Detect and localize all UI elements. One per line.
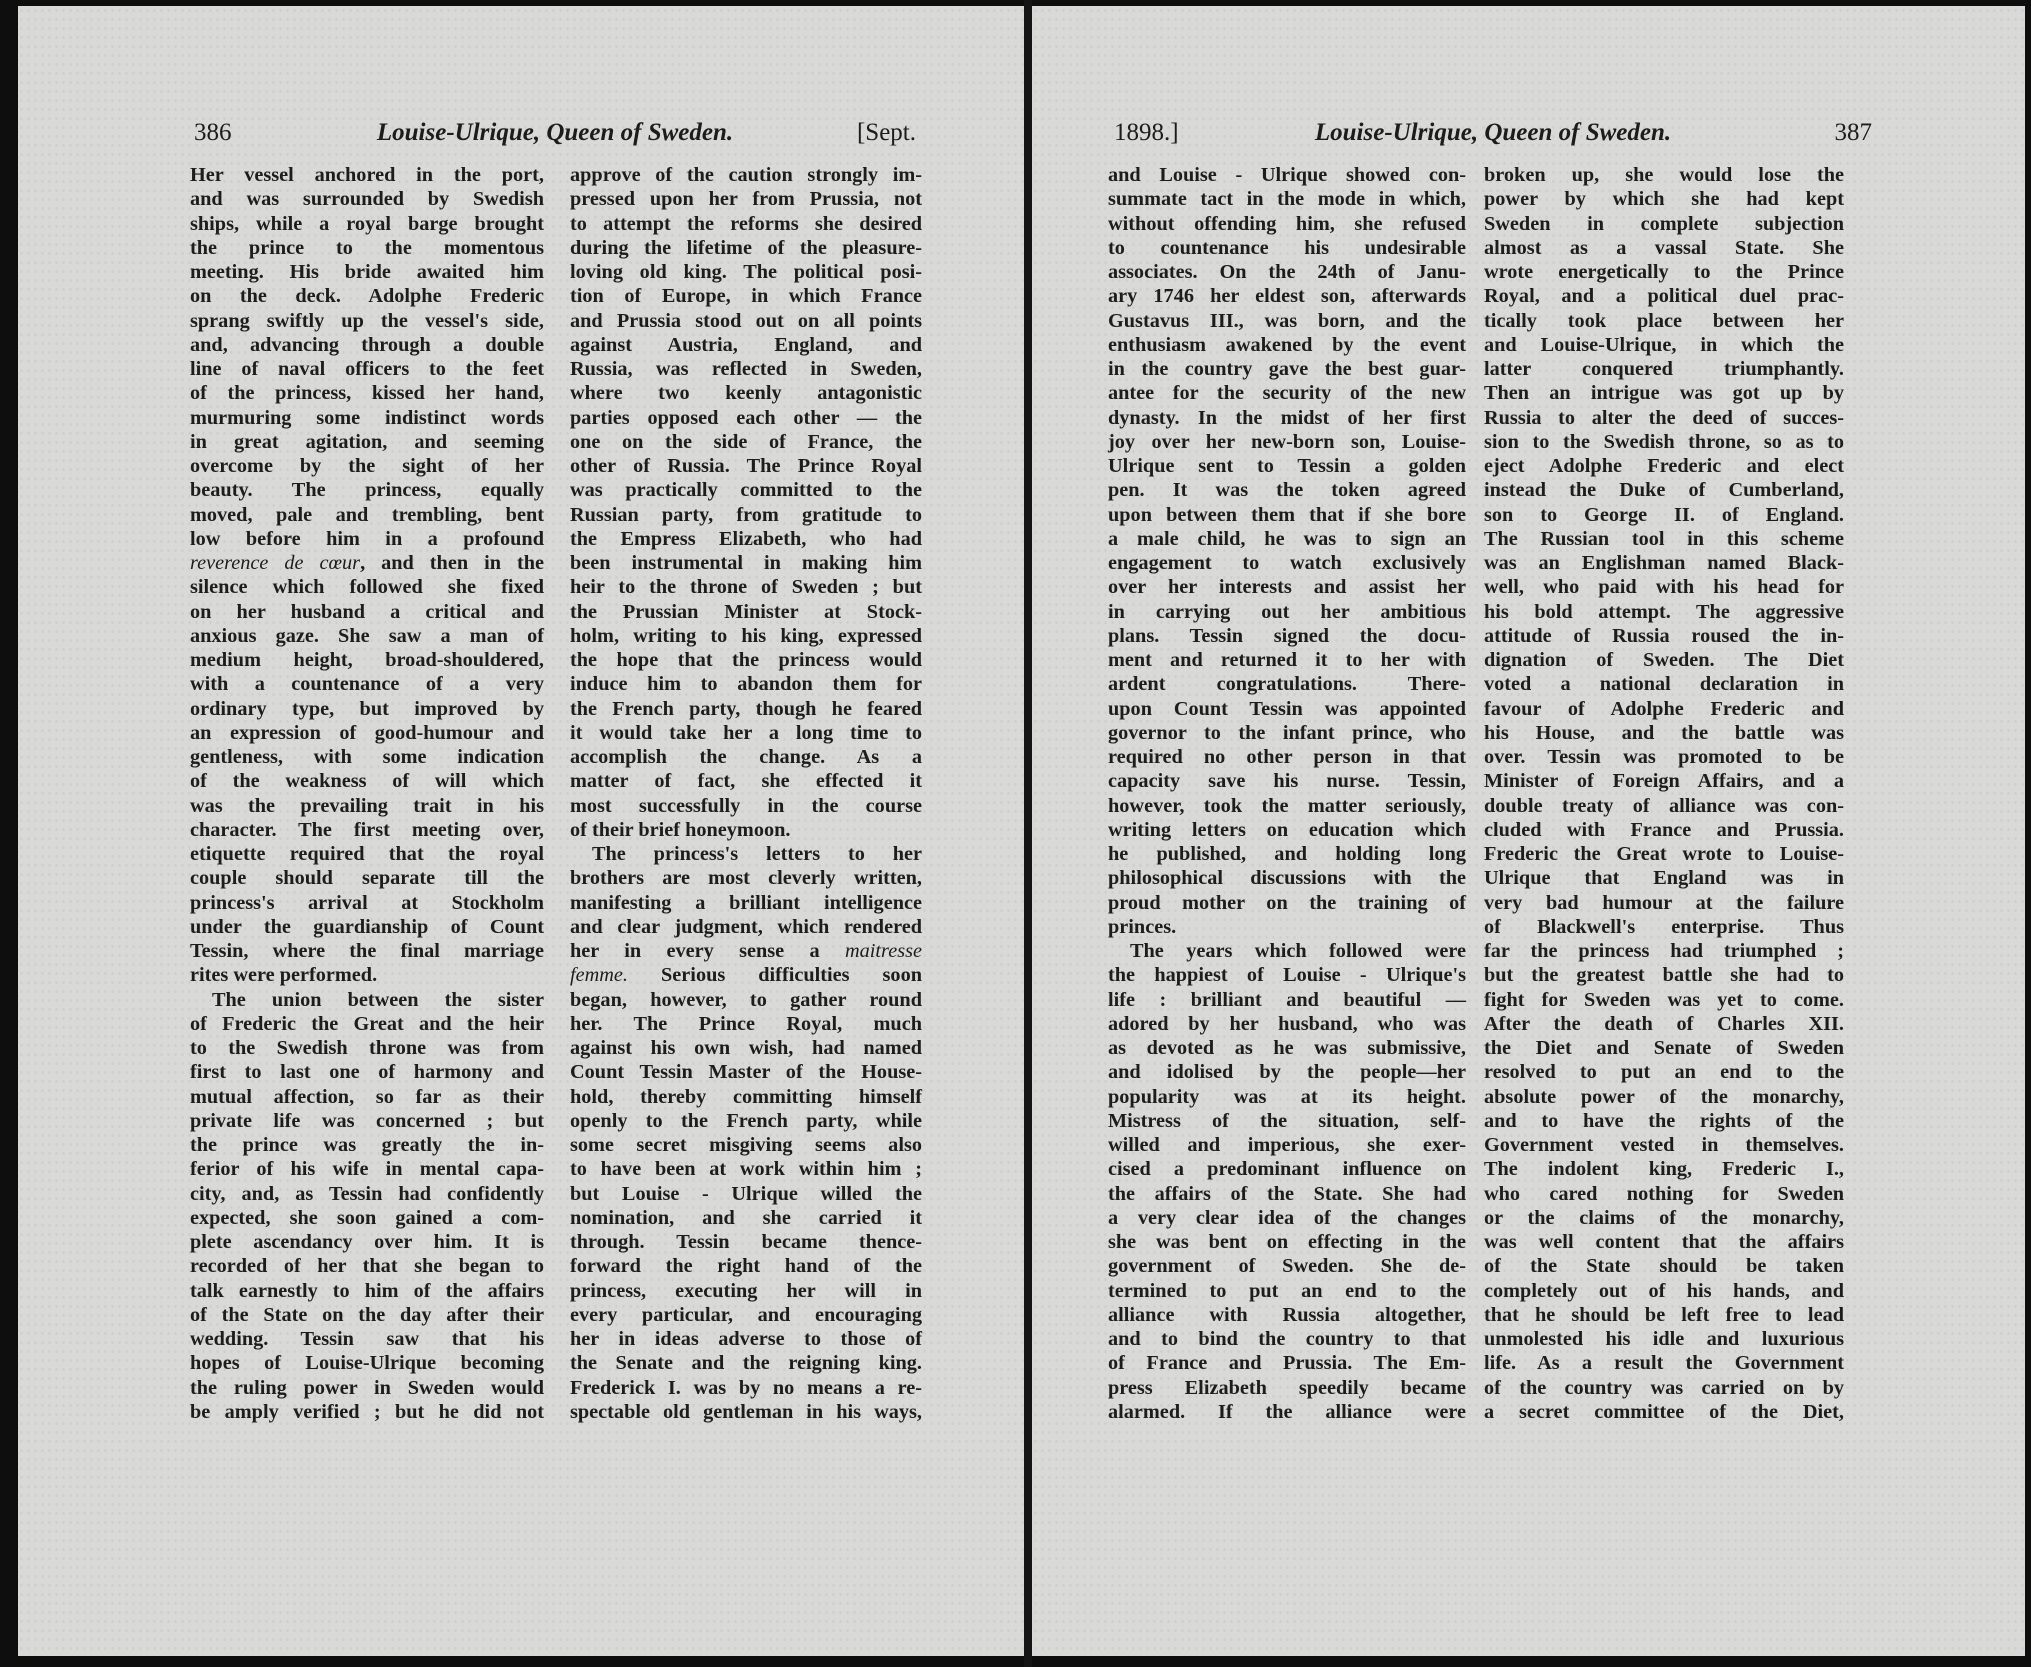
text-line: tically took place between her xyxy=(1484,309,1844,333)
text-line: Ulrique that England was in xyxy=(1484,866,1844,890)
text-line: engagement to watch exclusively xyxy=(1108,551,1466,575)
text-line: accomplish the change. As a xyxy=(570,745,922,769)
text-line: son to George II. of England. xyxy=(1484,503,1844,527)
text-line: pen. It was the token agreed xyxy=(1108,478,1466,502)
text-line: it would take her a long time to xyxy=(570,721,922,745)
text-line: an expression of good-humour and xyxy=(190,721,544,745)
text-line: gentleness, with some indication xyxy=(190,745,544,769)
text-line: as devoted as he was submissive, xyxy=(1108,1036,1466,1060)
text-line: the Prussian Minister at Stock- xyxy=(570,600,922,624)
text-line: fight for Sweden was yet to come. xyxy=(1484,988,1844,1012)
text-line: and to have the rights of the xyxy=(1484,1109,1844,1133)
text-line: been instrumental in making him xyxy=(570,551,922,575)
text-line: holm, writing to his king, expressed xyxy=(570,624,922,648)
text-line: The union between the sister xyxy=(190,988,544,1012)
right-running-header: 1898.] Louise-Ulrique, Queen of Sweden. … xyxy=(1114,119,1872,153)
text-line: of France and Prussia. The Em- xyxy=(1108,1351,1466,1375)
text-line: mutual affection, so far as their xyxy=(190,1085,544,1109)
text-line: overcome by the sight of her xyxy=(190,454,544,478)
text-line: against Austria, England, and xyxy=(570,333,922,357)
text-line: Frederic the Great wrote to Louise- xyxy=(1484,842,1844,866)
text-line: of the princess, kissed her hand, xyxy=(190,381,544,405)
text-line: to countenance his undesirable xyxy=(1108,236,1466,260)
text-line: couple should separate till the xyxy=(190,866,544,890)
text-line: character. The first meeting over, xyxy=(190,818,544,842)
text-line: talk earnestly to him of the affairs xyxy=(190,1279,544,1303)
page-number: 387 xyxy=(1835,119,1873,147)
text-line: femme. Serious difficulties soon xyxy=(570,963,922,987)
text-line: in carrying out her ambitious xyxy=(1108,600,1466,624)
text-line: dynasty. In the midst of her first xyxy=(1108,406,1466,430)
text-line: a secret committee of the Diet, xyxy=(1484,1400,1844,1424)
text-line: dignation of Sweden. The Diet xyxy=(1484,648,1844,672)
text-line: The princess's letters to her xyxy=(570,842,922,866)
text-line: his bold attempt. The aggressive xyxy=(1484,600,1844,624)
text-line: sion to the Swedish throne, so as to xyxy=(1484,430,1844,454)
text-line: cluded with France and Prussia. xyxy=(1484,818,1844,842)
text-line: required no other person in that xyxy=(1108,745,1466,769)
text-line: princess's arrival at Stockholm xyxy=(190,891,544,915)
text-line: voted a national declaration in xyxy=(1484,672,1844,696)
text-line: and, advancing through a double xyxy=(190,333,544,357)
text-line: a very clear idea of the changes xyxy=(1108,1206,1466,1230)
text-line: pressed upon her from Prussia, not xyxy=(570,187,922,211)
text-line: writing letters on education which xyxy=(1108,818,1466,842)
text-line: Government vested in themselves. xyxy=(1484,1133,1844,1157)
text-line: life : brilliant and beautiful — xyxy=(1108,988,1466,1012)
text-line: unmolested his idle and luxurious xyxy=(1484,1327,1844,1351)
text-line: willed and imperious, she exer- xyxy=(1108,1133,1466,1157)
text-line: private life was concerned ; but xyxy=(190,1109,544,1133)
text-line: capacity save his nurse. Tessin, xyxy=(1108,769,1466,793)
text-line: began, however, to gather round xyxy=(570,988,922,1012)
text-line: beauty. The princess, equally xyxy=(190,478,544,502)
text-line: on her husband a critical and xyxy=(190,600,544,624)
text-line: plans. Tessin signed the docu- xyxy=(1108,624,1466,648)
text-line: city, and, as Tessin had confidently xyxy=(190,1182,544,1206)
text-line: plete ascendancy over him. It is xyxy=(190,1230,544,1254)
text-line: over. Tessin was promoted to be xyxy=(1484,745,1844,769)
text-line: and clear judgment, which rendered xyxy=(570,915,922,939)
text-line: manifesting a brilliant intelligence xyxy=(570,891,922,915)
text-line: over her interests and assist her xyxy=(1108,575,1466,599)
text-line: his House, and the battle was xyxy=(1484,721,1844,745)
text-line: a male child, he was to sign an xyxy=(1108,527,1466,551)
text-line: After the death of Charles XII. xyxy=(1484,1012,1844,1036)
text-line: The Russian tool in this scheme xyxy=(1484,527,1844,551)
text-line: well, who paid with his head for xyxy=(1484,575,1844,599)
text-line: and idolised by the people—her xyxy=(1108,1060,1466,1084)
text-line: the hope that the princess would xyxy=(570,648,922,672)
text-line: hopes of Louise-Ulrique becoming xyxy=(190,1351,544,1375)
text-line: Ulrique sent to Tessin a golden xyxy=(1108,454,1466,478)
text-line: however, took the matter seriously, xyxy=(1108,794,1466,818)
text-line: attitude of Russia roused the in- xyxy=(1484,624,1844,648)
text-line: the affairs of the State. She had xyxy=(1108,1182,1466,1206)
text-line: of their brief honeymoon. xyxy=(570,818,922,842)
text-line: reverence de cœur, and then in the xyxy=(190,551,544,575)
text-line: loving old king. The political posi- xyxy=(570,260,922,284)
text-line: Minister of Foreign Affairs, and a xyxy=(1484,769,1844,793)
text-line: Frederick I. was by no means a re- xyxy=(570,1376,922,1400)
text-line: approve of the caution strongly im- xyxy=(570,163,922,187)
text-line: the Diet and Senate of Sweden xyxy=(1484,1036,1844,1060)
text-line: was the prevailing trait in his xyxy=(190,794,544,818)
text-line: of the weakness of will which xyxy=(190,769,544,793)
text-line: to the Swedish throne was from xyxy=(190,1036,544,1060)
text-line: Royal, and a political duel prac- xyxy=(1484,284,1844,308)
text-line: Russia to alter the deed of succes- xyxy=(1484,406,1844,430)
text-line: murmuring some indistinct words xyxy=(190,406,544,430)
text-line: every particular, and encouraging xyxy=(570,1303,922,1327)
text-line: broken up, she would lose the xyxy=(1484,163,1844,187)
text-line: upon between them that if she bore xyxy=(1108,503,1466,527)
text-line: Mistress of the situation, self- xyxy=(1108,1109,1466,1133)
right-page: 1898.] Louise-Ulrique, Queen of Sweden. … xyxy=(1032,6,2025,1656)
text-line: that he should be left free to lead xyxy=(1484,1303,1844,1327)
left-page: 386 Louise-Ulrique, Queen of Sweden. [Se… xyxy=(18,6,1024,1656)
text-line: her in every sense a maitresse xyxy=(570,939,922,963)
text-line: wedding. Tessin saw that his xyxy=(190,1327,544,1351)
text-line: life. As a result the Government xyxy=(1484,1351,1844,1375)
text-line: ment and returned it to her with xyxy=(1108,648,1466,672)
text-line: philosophical discussions with the xyxy=(1108,866,1466,890)
text-line: completely out of his hands, and xyxy=(1484,1279,1844,1303)
text-line: adored by her husband, who was xyxy=(1108,1012,1466,1036)
text-line: the Empress Elizabeth, who had xyxy=(570,527,922,551)
text-line: governor to the infant prince, who xyxy=(1108,721,1466,745)
text-line: Russian party, from gratitude to xyxy=(570,503,922,527)
text-line: termined to put an end to the xyxy=(1108,1279,1466,1303)
text-column-left-1: Her vessel anchored in the port,and was … xyxy=(190,163,544,1424)
text-line: line of naval officers to the feet xyxy=(190,357,544,381)
text-line: parties opposed each other — the xyxy=(570,406,922,430)
text-line: alliance with Russia altogether, xyxy=(1108,1303,1466,1327)
text-line: during the lifetime of the pleasure- xyxy=(570,236,922,260)
text-line: was well content that the affairs xyxy=(1484,1230,1844,1254)
text-line: was practically committed to the xyxy=(570,478,922,502)
text-line: etiquette required that the royal xyxy=(190,842,544,866)
text-line: Tessin, where the final marriage xyxy=(190,939,544,963)
text-line: The indolent king, Frederic I., xyxy=(1484,1157,1844,1181)
text-line: or the claims of the monarchy, xyxy=(1484,1206,1844,1230)
text-line: other of Russia. The Prince Royal xyxy=(570,454,922,478)
text-line: popularity was at its height. xyxy=(1108,1085,1466,1109)
text-line: ary 1746 her eldest son, afterwards xyxy=(1108,284,1466,308)
text-line: Gustavus III., was born, and the xyxy=(1108,309,1466,333)
text-line: and was surrounded by Swedish xyxy=(190,187,544,211)
text-column-right-1: and Louise - Ulrique showed con-summate … xyxy=(1108,163,1466,1424)
text-line: hold, thereby committing himself xyxy=(570,1085,922,1109)
text-line: rites were performed. xyxy=(190,963,544,987)
text-line: the happiest of Louise - Ulrique's xyxy=(1108,963,1466,987)
text-line: and Louise-Ulrique, in which the xyxy=(1484,333,1844,357)
text-line: some secret misgiving seems also xyxy=(570,1133,922,1157)
text-line: of the State on the day after their xyxy=(190,1303,544,1327)
running-title: Louise-Ulrique, Queen of Sweden. xyxy=(194,119,916,147)
text-line: cised a predominant influence on xyxy=(1108,1157,1466,1181)
text-line: through. Tessin became thence- xyxy=(570,1230,922,1254)
text-line: and to bind the country to that xyxy=(1108,1327,1466,1351)
text-line: be amply verified ; but he did not xyxy=(190,1400,544,1424)
text-line: the French party, though he feared xyxy=(570,697,922,721)
date-tag: [Sept. xyxy=(857,119,916,147)
text-column-right-2: broken up, she would lose thepower by wh… xyxy=(1484,163,1844,1424)
text-line: ordinary type, but improved by xyxy=(190,697,544,721)
text-line: brothers are most cleverly written, xyxy=(570,866,922,890)
text-line: medium height, broad-shouldered, xyxy=(190,648,544,672)
text-line: low before him in a profound xyxy=(190,527,544,551)
text-line: Then an intrigue was got up by xyxy=(1484,381,1844,405)
text-line: princes. xyxy=(1108,915,1466,939)
text-line: the prince was greatly the in- xyxy=(190,1133,544,1157)
text-line: against his own wish, had named xyxy=(570,1036,922,1060)
text-line: the Senate and the reigning king. xyxy=(570,1351,922,1375)
text-line: of Frederic the Great and the heir xyxy=(190,1012,544,1036)
text-line: almost as a vassal State. She xyxy=(1484,236,1844,260)
text-line: one on the side of France, the xyxy=(570,430,922,454)
text-line: of Blackwell's enterprise. Thus xyxy=(1484,915,1844,939)
book-gutter xyxy=(1024,0,1032,1667)
text-line: associates. On the 24th of Janu- xyxy=(1108,260,1466,284)
text-line: openly to the French party, while xyxy=(570,1109,922,1133)
text-line: of the State should be taken xyxy=(1484,1254,1844,1278)
text-line: double treaty of alliance was con- xyxy=(1484,794,1844,818)
text-line: in the country gave the best guar- xyxy=(1108,357,1466,381)
text-line: with a countenance of a very xyxy=(190,672,544,696)
text-line: her in ideas adverse to those of xyxy=(570,1327,922,1351)
text-line: princess, executing her will in xyxy=(570,1279,922,1303)
text-line: wrote energetically to the Prince xyxy=(1484,260,1844,284)
text-line: antee for the security of the new xyxy=(1108,381,1466,405)
text-line: and Prussia stood out on all points xyxy=(570,309,922,333)
text-line: absolute power of the monarchy, xyxy=(1484,1085,1844,1109)
text-line: heir to the throne of Sweden ; but xyxy=(570,575,922,599)
text-line: to attempt the reforms she desired xyxy=(570,212,922,236)
text-line: press Elizabeth speedily became xyxy=(1108,1376,1466,1400)
text-line: summate tact in the mode in which, xyxy=(1108,187,1466,211)
text-line: enthusiasm awakened by the event xyxy=(1108,333,1466,357)
text-column-left-2: approve of the caution strongly im-press… xyxy=(570,163,922,1424)
text-line: recorded of her that she began to xyxy=(190,1254,544,1278)
text-line: she was bent on effecting in the xyxy=(1108,1230,1466,1254)
text-line: moved, pale and trembling, bent xyxy=(190,503,544,527)
text-line: alarmed. If the alliance were xyxy=(1108,1400,1466,1424)
text-line: upon Count Tessin was appointed xyxy=(1108,697,1466,721)
text-line: induce him to abandon them for xyxy=(570,672,922,696)
text-line: and Louise - Ulrique showed con- xyxy=(1108,163,1466,187)
text-line: ferior of his wife in mental capa- xyxy=(190,1157,544,1181)
text-line: far the princess had triumphed ; xyxy=(1484,939,1844,963)
text-line: instead the Duke of Cumberland, xyxy=(1484,478,1844,502)
text-line: eject Adolphe Frederic and elect xyxy=(1484,454,1844,478)
text-line: power by which she had kept xyxy=(1484,187,1844,211)
text-line: Sweden in complete subjection xyxy=(1484,212,1844,236)
text-line: her. The Prince Royal, much xyxy=(570,1012,922,1036)
text-line: but Louise - Ulrique willed the xyxy=(570,1182,922,1206)
text-line: tion of Europe, in which France xyxy=(570,284,922,308)
text-line: sprang swiftly up the vessel's side, xyxy=(190,309,544,333)
text-line: in great agitation, and seeming xyxy=(190,430,544,454)
text-line: The years which followed were xyxy=(1108,939,1466,963)
text-line: he published, and holding long xyxy=(1108,842,1466,866)
text-line: under the guardianship of Count xyxy=(190,915,544,939)
text-line: of the country was carried on by xyxy=(1484,1376,1844,1400)
text-line: expected, she soon gained a com- xyxy=(190,1206,544,1230)
text-line: joy over her new-born son, Louise- xyxy=(1108,430,1466,454)
running-title: Louise-Ulrique, Queen of Sweden. xyxy=(1114,119,1872,147)
text-line: very bad humour at the failure xyxy=(1484,891,1844,915)
text-line: first to last one of harmony and xyxy=(190,1060,544,1084)
text-line: spectable old gentleman in his ways, xyxy=(570,1400,922,1424)
text-line: most successfully in the course xyxy=(570,794,922,818)
text-line: on the deck. Adolphe Frederic xyxy=(190,284,544,308)
text-line: resolved to put an end to the xyxy=(1484,1060,1844,1084)
text-line: latter conquered triumphantly. xyxy=(1484,357,1844,381)
text-line: government of Sweden. She de- xyxy=(1108,1254,1466,1278)
text-line: Russia, was reflected in Sweden, xyxy=(570,357,922,381)
text-line: silence which followed she fixed xyxy=(190,575,544,599)
text-line: Count Tessin Master of the House- xyxy=(570,1060,922,1084)
text-line: forward the right hand of the xyxy=(570,1254,922,1278)
text-line: but the greatest battle she had to xyxy=(1484,963,1844,987)
text-line: to have been at work within him ; xyxy=(570,1157,922,1181)
text-line: favour of Adolphe Frederic and xyxy=(1484,697,1844,721)
text-line: the ruling power in Sweden would xyxy=(190,1376,544,1400)
text-line: where two keenly antagonistic xyxy=(570,381,922,405)
text-line: the prince to the momentous xyxy=(190,236,544,260)
text-line: without offending him, she refused xyxy=(1108,212,1466,236)
text-line: ships, while a royal barge brought xyxy=(190,212,544,236)
text-line: Her vessel anchored in the port, xyxy=(190,163,544,187)
text-line: nomination, and she carried it xyxy=(570,1206,922,1230)
text-line: anxious gaze. She saw a man of xyxy=(190,624,544,648)
text-line: matter of fact, she effected it xyxy=(570,769,922,793)
text-line: ardent congratulations. There- xyxy=(1108,672,1466,696)
text-line: who cared nothing for Sweden xyxy=(1484,1182,1844,1206)
text-line: proud mother on the training of xyxy=(1108,891,1466,915)
left-running-header: 386 Louise-Ulrique, Queen of Sweden. [Se… xyxy=(194,119,916,153)
text-line: meeting. His bride awaited him xyxy=(190,260,544,284)
text-line: was an Englishman named Black- xyxy=(1484,551,1844,575)
